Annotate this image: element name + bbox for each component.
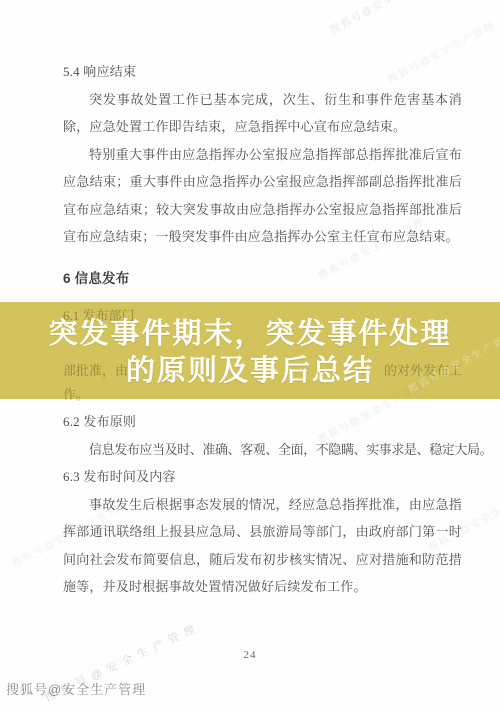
banner-title-line2: 的原则及事后总结 [0, 353, 500, 390]
heading-6-info-release: 6 信息发布 [63, 265, 462, 293]
section-info-release: 6.2 发布原则 信息发布应当及时、准确、客观、全面，不隐瞒、实事求是、稳定大局… [63, 408, 462, 601]
heading-6-3: 6.3 发布时间及内容 [63, 463, 462, 491]
paragraph-release-principles: 信息发布应当及时、准确、客观、全面，不隐瞒、实事求是、稳定大局。 [63, 436, 462, 464]
heading-5-4: 5.4 响应结束 [63, 58, 462, 86]
paragraph-response-complete: 突发事故处置工作已基本完成，次生、衍生和事件危害基本消除，应急处置工作即告结束，… [63, 86, 462, 141]
title-banner: 6.1 发布部门 部批准，由 的对外发布工 作。 突发事件期末，突发事件处理 的… [0, 302, 500, 399]
document-page: 5.4 响应结束 突发事故处置工作已基本完成，次生、衍生和事件危害基本消除，应急… [0, 0, 500, 707]
page-number: 24 [0, 649, 500, 661]
heading-6-2: 6.2 发布原则 [63, 408, 462, 436]
sohu-brand-watermark: 搜狐号@安全生产管理 [6, 679, 146, 698]
paragraph-response-levels: 特别重大事件由应急指挥办公室报应急指挥部总指挥批准后宣布应急结束；重大事件由应急… [63, 141, 462, 251]
diagonal-watermark: 搜狐号@安全生产管理 [326, 0, 439, 36]
paragraph-release-timing: 事故发生后根据事态发展的情况，经应急总指挥批准，由应急指挥部通讯联络组上报县应急… [63, 491, 462, 601]
banner-title-line1: 突发事件期末，突发事件处理 [0, 316, 500, 353]
section-response-end: 5.4 响应结束 突发事故处置工作已基本完成，次生、衍生和事件危害基本消除，应急… [63, 58, 462, 292]
banner-title: 突发事件期末，突发事件处理 的原则及事后总结 [0, 316, 500, 390]
